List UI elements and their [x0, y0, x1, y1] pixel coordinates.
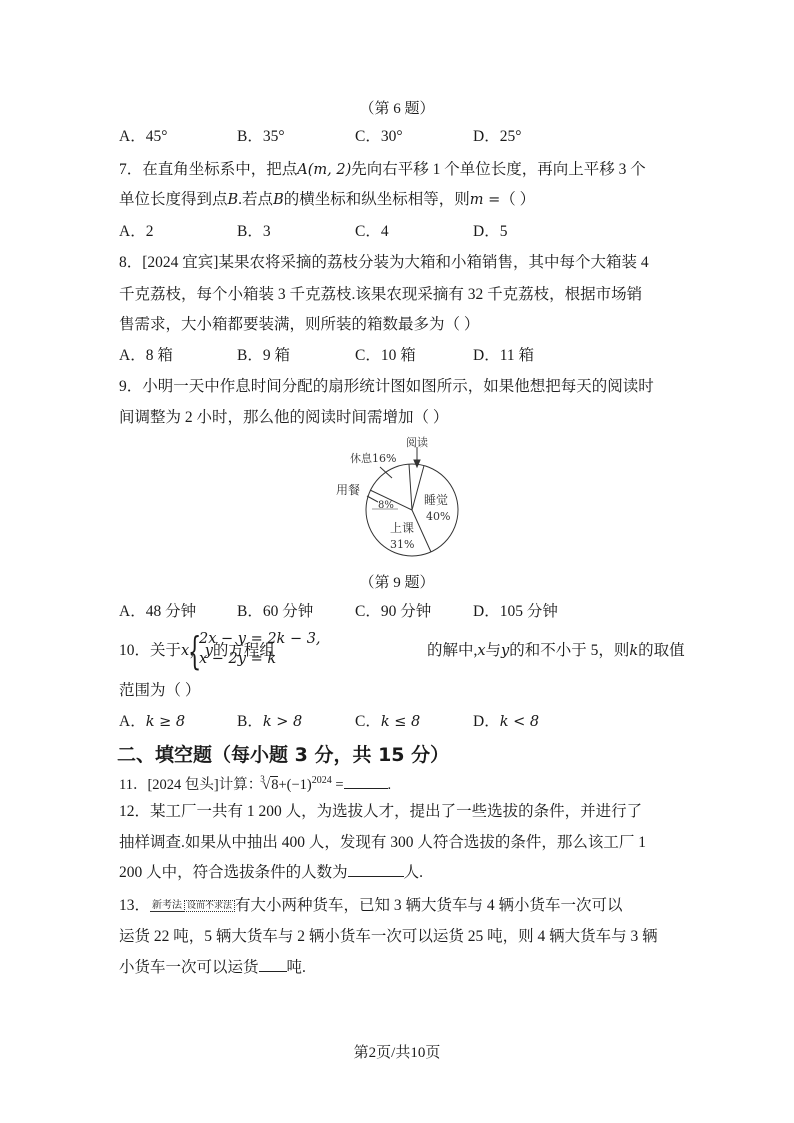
tag-method-name: 设而不求法: [184, 900, 235, 912]
pie-label-sleep-pct: 40%: [426, 510, 450, 523]
q7-option-a: A．2: [119, 221, 153, 243]
q7-option-c: C．4: [355, 221, 389, 243]
answer-blank-11[interactable]: [344, 774, 388, 789]
q8-option-b: B．9 箱: [237, 345, 290, 367]
equation-2: x − 2y = k: [199, 651, 276, 667]
cube-root: 3√8: [262, 774, 278, 796]
q9-line-2: 间调整为 2 小时，那么他的阅读时间需增加（ ）: [119, 407, 448, 429]
pie-chart: 休息16% 阅读 睡觉 40% 上课 31% 用餐 8%: [320, 432, 480, 572]
reading-arrow-head: [414, 460, 420, 467]
pie-label-meal-pct: 8%: [378, 500, 394, 511]
q6-option-c: C．30°: [355, 126, 403, 148]
q13-line-3: 小货车一次可以运货吨.: [119, 957, 306, 979]
q9-caption: （第 9 题）: [0, 571, 794, 592]
pie-label-reading: 阅读: [406, 435, 428, 449]
q6-option-b: B．35°: [237, 126, 285, 148]
q9-option-b: B．60 分钟: [237, 601, 313, 623]
q12-line-3: 200 人中，符合选拔条件的人数为人.: [119, 862, 423, 884]
q8-line-1: 8．[2024 宜宾]某果农将采摘的荔枝分装为大箱和小箱销售，其中每个大箱装 4: [119, 252, 649, 274]
q12-line-2: 抽样调查.如果从中抽出 400 人，发现有 300 人符合选拔的条件，那么该工厂…: [119, 832, 646, 854]
q7-option-b: B．3: [237, 221, 271, 243]
pie-label-class: 上课: [390, 520, 414, 535]
q7-line-2: 单位长度得到点B.若点B的横坐标和纵坐标相等，则m =（ ）: [119, 189, 535, 211]
q8-line-2: 千克荔枝，每个小箱装 3 千克荔枝.该果农现采摘有 32 千克荔枝，根据市场销: [119, 284, 642, 306]
divider-reading-sleep: [412, 466, 424, 510]
pie-label-rest: 休息16%: [350, 451, 396, 465]
question-tag: 新考法设而不求法: [150, 895, 235, 917]
tag-new-method: 新考法: [150, 900, 184, 912]
q8-option-a: A．8 箱: [119, 345, 173, 367]
meal-leader: [367, 496, 378, 502]
rest-leader: [380, 467, 392, 478]
q8-option-d: D．11 箱: [473, 345, 534, 367]
q10-option-d: D．k < 8: [473, 711, 539, 733]
q9-option-d: D．105 分钟: [473, 601, 558, 623]
q10-option-c: C．k ≤ 8: [355, 711, 420, 733]
equation-1: 2x − y = 2k − 3,: [199, 631, 321, 647]
divider-rest-reading: [409, 464, 412, 510]
page-number: 第2页/共10页: [0, 1041, 794, 1062]
q6-option-a: A．45°: [119, 126, 167, 148]
section-heading: 二、填空题（每小题 3 分，共 15 分）: [117, 742, 449, 768]
q13-line-2: 运货 22 吨，5 辆大货车与 2 辆小货车一次可以运货 25 吨，则 4 辆大…: [119, 926, 658, 948]
answer-blank-13[interactable]: [259, 957, 287, 972]
answer-blank-12[interactable]: [348, 862, 404, 877]
pie-label-meal: 用餐: [336, 482, 360, 497]
q10-line-2: 范围为（ ）: [119, 680, 200, 702]
q8-line-3: 售需求，大小箱都要装满，则所装的箱数最多为（ ）: [119, 314, 479, 336]
pie-label-sleep: 睡觉: [424, 492, 448, 507]
q8-option-c: C．10 箱: [355, 345, 416, 367]
q13-line-1: 13．新考法设而不求法有大小两种货车，已知 3 辆大货车与 4 辆小货车一次可以: [119, 895, 623, 917]
q9-option-c: C．90 分钟: [355, 601, 431, 623]
q11-line: 11．[2024 包头]计算：3√8+(−1)2024 =.: [119, 770, 391, 796]
q10-option-b: B．k > 8: [237, 711, 302, 733]
exam-page: （第 6 题） A．45° B．35° C．30° D．25° 7．在直角坐标系…: [0, 0, 794, 1123]
q12-line-1: 12．某工厂一共有 1 200 人，为选拔人才，提出了一些选拔的条件，并进行了: [119, 801, 642, 823]
pie-label-class-pct: 31%: [390, 538, 414, 551]
q6-option-d: D．25°: [473, 126, 521, 148]
q10-option-a: A．k ≥ 8: [119, 711, 185, 733]
q9-option-a: A．48 分钟: [119, 601, 196, 623]
q9-line-1: 9．小明一天中作息时间分配的扇形统计图如图所示，如果他想把每天的阅读时: [119, 376, 654, 398]
q7-line-1: 7．在直角坐标系中，把点A(m, 2)先向右平移 1 个单位长度，再向上平移 3…: [119, 159, 646, 181]
q6-caption: （第 6 题）: [0, 97, 794, 118]
q7-option-d: D．5: [473, 221, 507, 243]
